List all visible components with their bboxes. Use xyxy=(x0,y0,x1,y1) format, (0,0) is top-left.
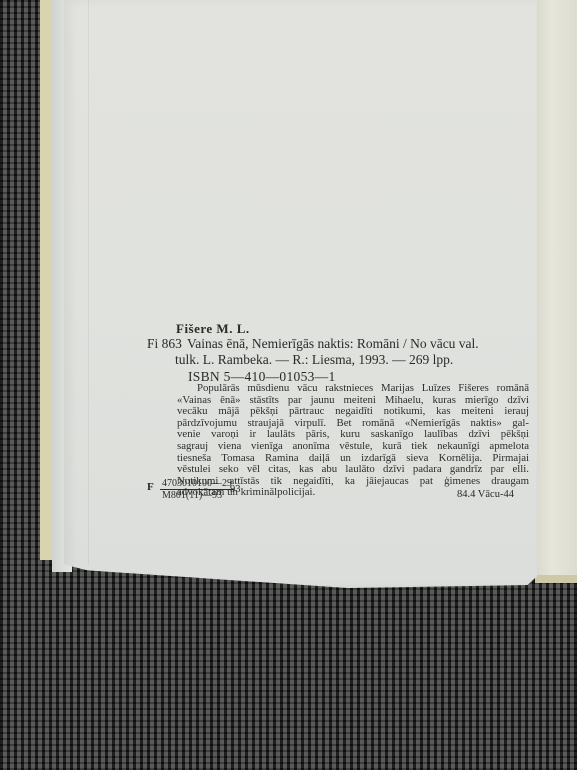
adjacent-page-edge xyxy=(535,575,577,583)
catalog-suffix: 93 xyxy=(230,484,241,495)
page-fold-line xyxy=(88,0,89,565)
catalog-fraction: 4703010100—29 M801(11)—93 xyxy=(160,478,234,501)
catalog-denominator: M801(11)—93 xyxy=(160,490,234,501)
annotation-line: sagrauj viena vienīga anonīma vēstule, k… xyxy=(177,441,529,453)
bibliography-line-2: tulk. L. Rambeka. — R.: Liesma, 1993. — … xyxy=(175,352,479,368)
catalog-numerator: 4703010100—29 xyxy=(160,478,234,490)
bibliographic-record: Vainas ēnā, Nemierīgās naktis: Romāni / … xyxy=(187,336,479,368)
annotation-line: vēstulei seko vēl citas, kas abu laulāto… xyxy=(177,464,529,476)
library-code: Fi 863 xyxy=(147,336,182,352)
author-name: Fišere M. L. xyxy=(176,321,250,337)
catalog-letter: F xyxy=(147,481,154,493)
annotation-line: Populārās mūsdienu vācu rakstnieces Mari… xyxy=(187,383,529,395)
classification-code: 84.4 Vācu-44 xyxy=(457,489,514,500)
annotation-paragraph: Populārās mūsdienu vācu rakstnieces Mari… xyxy=(187,383,529,499)
bibliography-line-1: Vainas ēnā, Nemierīgās naktis: Romāni / … xyxy=(187,336,479,352)
adjacent-page xyxy=(535,0,577,580)
